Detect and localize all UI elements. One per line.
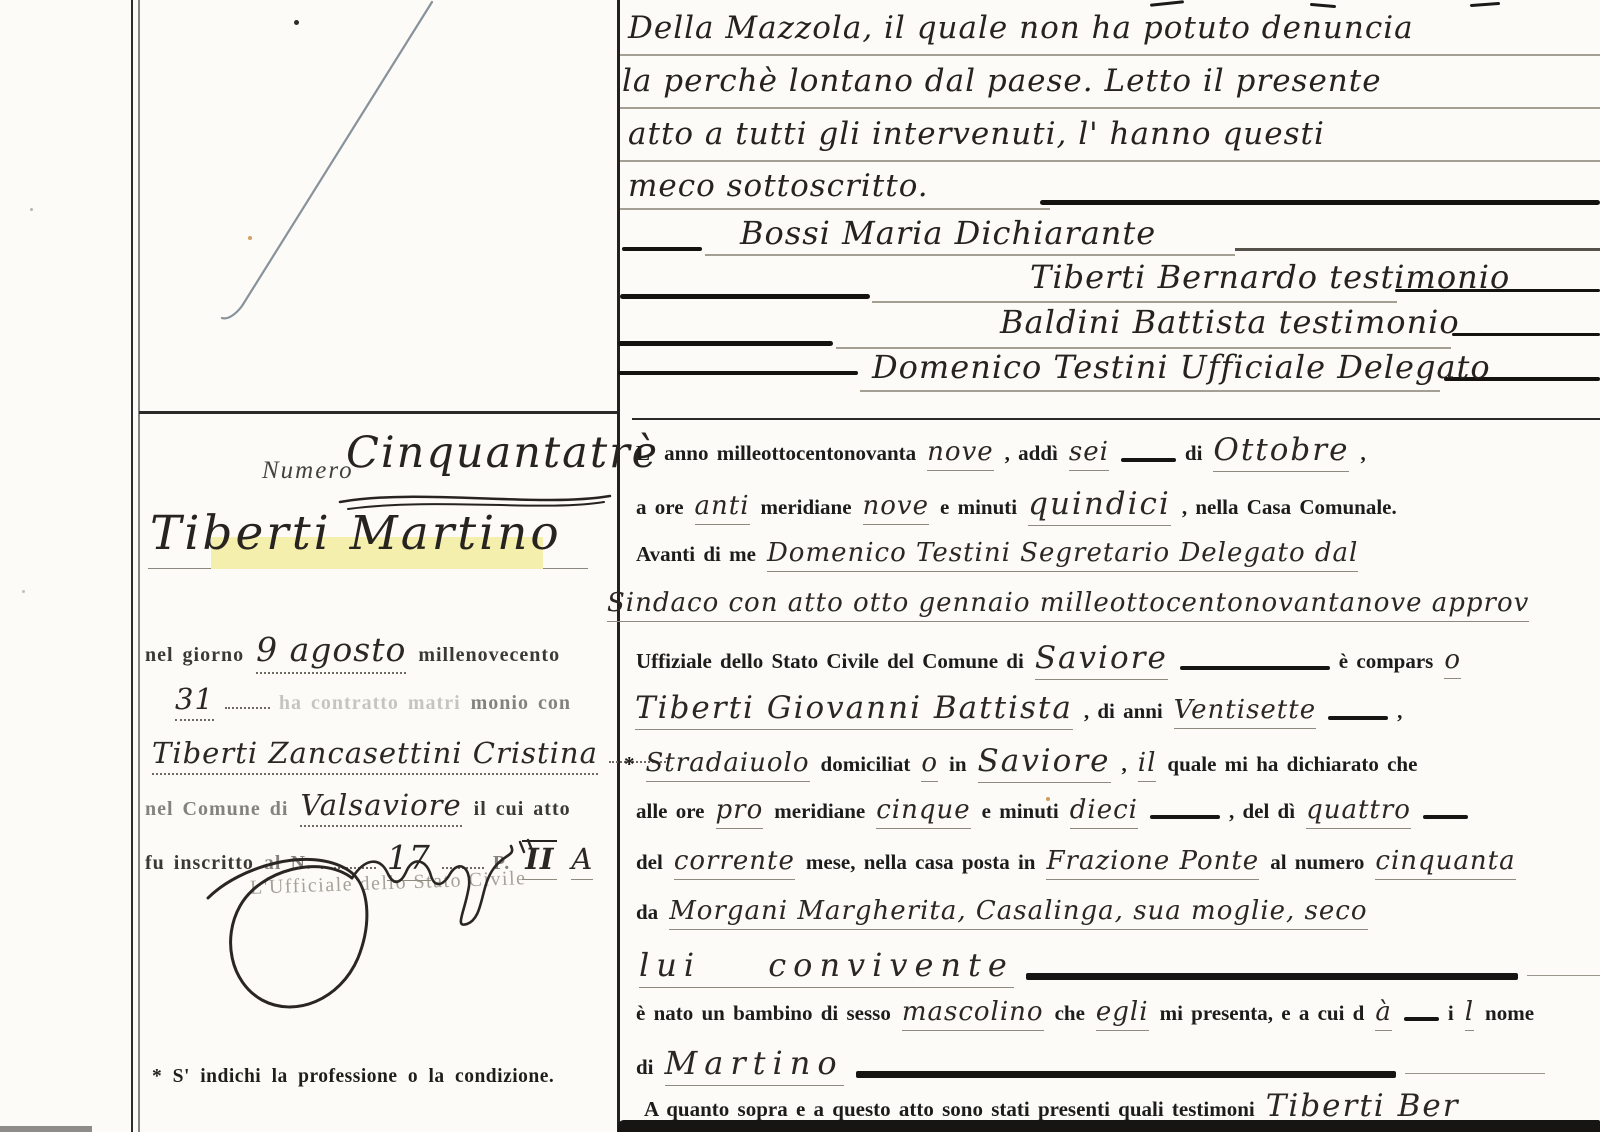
handwritten-entry: quattro xyxy=(1306,795,1411,829)
printed-form-text: Avanti di me xyxy=(636,542,756,567)
act-line-10: daMorgani Margherita, Casalinga, sua mog… xyxy=(632,896,1600,930)
printed-form-text: meridiane xyxy=(761,495,852,520)
act-line-11: lui convivente xyxy=(632,946,1600,988)
act-line-5: Uffiziale dello Stato Civile del Comune … xyxy=(632,640,1600,680)
ink-speck xyxy=(30,208,33,211)
printed-form-text: mese, nella casa posta in xyxy=(806,850,1036,875)
handwritten-entry: quindici xyxy=(1028,486,1171,526)
printed-form-text: , del dì xyxy=(1229,799,1295,824)
act-line-13: diMartino xyxy=(632,1044,1600,1086)
handwritten-entry: cinque xyxy=(876,795,970,829)
ruled-line xyxy=(620,54,1600,56)
prev-act-line: la perchè lontano dal paese. Letto il pr… xyxy=(622,63,1382,99)
pen-stroke xyxy=(1423,815,1468,819)
printed-form-text: domiciliat xyxy=(821,752,911,777)
pen-stroke xyxy=(1180,666,1330,670)
pen-stroke xyxy=(620,294,870,299)
act-line-7: *StradaiuolodomiciliatoinSaviore,ilquale… xyxy=(620,743,1595,783)
margin-note-comune: nel Comune diValsavioreil cui atto xyxy=(140,788,576,827)
pen-stroke xyxy=(618,341,833,346)
ruled-line xyxy=(860,390,1440,392)
diagonal-pencil-line xyxy=(130,0,630,340)
handwritten-entry: Saviore xyxy=(1035,640,1168,680)
printed-form-text: di xyxy=(1185,441,1203,466)
printed-form-text: il cui atto xyxy=(474,798,571,821)
ink-speck xyxy=(22,590,25,593)
scan-edge-band-left xyxy=(0,1126,92,1132)
ruled-line xyxy=(620,107,1600,109)
rule-line xyxy=(225,707,270,709)
printed-form-text: * xyxy=(624,752,635,777)
printed-form-text: monio con xyxy=(471,692,571,715)
handwritten-entry: nove xyxy=(927,437,993,471)
printed-form-text: è nato un bambino di sesso xyxy=(636,1001,891,1026)
act-line-1: L' anno milleottocentonovantanove, addìs… xyxy=(632,432,1600,472)
pen-stroke xyxy=(1452,333,1600,336)
handwritten-entry: il xyxy=(1138,748,1157,782)
cut-stroke xyxy=(1470,2,1500,7)
prev-act-line: Della Mazzola, il quale non ha potuto de… xyxy=(628,10,1414,46)
ruled-line xyxy=(1235,248,1600,251)
handwritten-entry: mascolino xyxy=(902,997,1044,1031)
printed-form-text: che xyxy=(1055,1001,1085,1026)
handwritten-entry: à xyxy=(1375,997,1392,1031)
pen-stroke xyxy=(618,371,858,375)
printed-form-text: L' anno milleottocentonovanta xyxy=(636,441,916,466)
handwritten-entry: Saviore xyxy=(978,743,1111,783)
pen-stroke xyxy=(1026,973,1518,980)
printed-form-text: , di anni xyxy=(1084,699,1163,724)
signature-declarant: Bossi Maria Dichiarante xyxy=(740,214,1156,252)
ruled-line xyxy=(620,160,1600,162)
act-line-12: è nato un bambino di sessomascolinocheeg… xyxy=(632,997,1600,1031)
margin-note-giorno: nel giorno9 agostomillenovecento xyxy=(140,630,565,674)
printed-form-text: nel Comune di xyxy=(145,798,288,821)
margin-note-sposa: Tiberti Zancasettini Cristina xyxy=(145,736,673,775)
handwritten-entry: 31 xyxy=(175,682,214,721)
pen-stroke xyxy=(622,247,702,251)
printed-form-text: da xyxy=(636,900,658,925)
printed-form-text: , nella Casa Comunale. xyxy=(1182,495,1397,520)
handwritten-entry: l xyxy=(1465,997,1474,1031)
handwritten-entry: pro xyxy=(716,795,764,829)
act-line-9: delcorrentemese, nella casa posta inFraz… xyxy=(632,846,1600,880)
numero-label: Numero xyxy=(262,457,354,485)
registered-name: Tiberti Martino xyxy=(150,506,562,561)
handwritten-entry: Ventisette xyxy=(1174,695,1316,729)
handwritten-entry: Frazione Ponte xyxy=(1046,846,1259,880)
rule-line xyxy=(1405,1073,1545,1074)
printed-form-text: meridiane xyxy=(774,799,865,824)
printed-form-text: a ore xyxy=(636,495,684,520)
printed-form-text: A quanto sopra e a questo atto sono stat… xyxy=(644,1097,1255,1122)
pen-stroke xyxy=(1404,1017,1439,1021)
handwritten-entry: Stradaiuolo xyxy=(646,748,810,782)
handwritten-entry: corrente xyxy=(674,846,795,880)
pen-stroke xyxy=(1150,815,1220,819)
handwritten-entry: A xyxy=(571,842,593,880)
printed-form-text: alle ore xyxy=(636,799,705,824)
printed-form-text: i xyxy=(1448,1001,1454,1026)
printed-form-text: in xyxy=(949,752,967,777)
act-top-rule xyxy=(632,418,1600,420)
pen-stroke xyxy=(1328,716,1388,720)
act-line-8: alle orepromeridianecinquee minutidieci,… xyxy=(632,795,1600,829)
signature-official: Domenico Testini Ufficiale Delegato xyxy=(872,348,1491,386)
signature-witness-1: Tiberti Bernardo testimonio xyxy=(1030,258,1510,296)
handwritten-entry: o xyxy=(921,748,938,782)
handwritten-entry: lui convivente xyxy=(639,946,1014,988)
ruled-line xyxy=(620,208,1050,210)
printed-form-text: del xyxy=(636,850,663,875)
act-line-4: Sindaco con atto otto gennaio milleottoc… xyxy=(600,588,1575,622)
handwritten-entry: Martino xyxy=(665,1044,844,1086)
form-footnote: * S' indichi la professione o la condizi… xyxy=(152,1066,554,1088)
handwritten-entry: Tiberti Zancasettini Cristina xyxy=(152,736,598,775)
scan-edge-band xyxy=(618,1120,1600,1132)
handwritten-entry: anti xyxy=(695,491,750,525)
printed-form-text: , xyxy=(1360,441,1365,466)
handwritten-entry: Ottobre xyxy=(1213,432,1349,472)
printed-form-text: millenovecento xyxy=(418,644,560,667)
ink-speck xyxy=(294,20,299,25)
handwritten-entry: Morgani Margherita, Casalinga, sua mogli… xyxy=(669,896,1367,930)
signature-witness-2: Baldini Battista testimonio xyxy=(1000,303,1460,341)
act-line-6: Tiberti Giovanni Battista, di anniVentis… xyxy=(628,690,1600,730)
handwritten-entry: o xyxy=(1444,645,1461,679)
prev-act-line: meco sottoscritto. xyxy=(628,168,929,204)
handwritten-entry: cinquanta xyxy=(1375,846,1515,880)
printed-form-text: mi presenta, e a cui d xyxy=(1160,1001,1365,1026)
pen-stroke xyxy=(1040,200,1600,205)
ink-speck xyxy=(248,236,252,240)
handwritten-entry: sei xyxy=(1069,437,1109,471)
printed-form-text: , xyxy=(1122,752,1127,777)
printed-form-text: al numero xyxy=(1270,850,1364,875)
signature-scrawl xyxy=(200,828,545,1028)
printed-form-text: , xyxy=(1397,699,1402,724)
printed-form-text: è compars xyxy=(1339,649,1434,674)
printed-form-text: e minuti xyxy=(982,799,1059,824)
act-line-2: a oreantimeridianenovee minutiquindici, … xyxy=(632,486,1600,526)
prev-act-line: atto a tutti gli intervenuti, l' hanno q… xyxy=(628,116,1325,152)
pen-stroke xyxy=(856,1071,1396,1078)
printed-form-text: quale mi ha dichiarato che xyxy=(1167,752,1417,777)
cut-stroke xyxy=(1310,3,1336,8)
printed-form-text: ha contratto matri xyxy=(279,692,461,715)
printed-form-text: e minuti xyxy=(940,495,1017,520)
scanned-birth-record-page: Della Mazzola, il quale non ha potuto de… xyxy=(0,0,1600,1132)
handwritten-entry: Domenico Testini Segretario Delegato dal xyxy=(767,538,1358,572)
handwritten-entry: egli xyxy=(1096,997,1149,1031)
printed-form-text: di xyxy=(636,1055,654,1080)
handwritten-entry: Tiberti Giovanni Battista xyxy=(635,690,1073,730)
rule-line xyxy=(1527,975,1600,976)
handwritten-entry: dieci xyxy=(1070,795,1138,829)
handwritten-entry: Sindaco con atto otto gennaio milleottoc… xyxy=(607,588,1529,622)
handwritten-entry: nove xyxy=(863,491,929,525)
printed-form-text: , addì xyxy=(1005,441,1058,466)
handwritten-entry: 9 agosto xyxy=(256,630,406,674)
handwritten-entry: Valsaviore xyxy=(300,788,461,827)
margin-note-anno: 31ha contratto matrimonio con xyxy=(168,682,576,721)
pen-stroke xyxy=(1121,458,1176,462)
ruled-line xyxy=(705,254,1235,256)
margin-section-divider xyxy=(139,411,617,414)
act-number-value: Cinquantatrè xyxy=(346,428,659,478)
printed-form-text: nel giorno xyxy=(145,644,244,667)
act-line-3: Avanti di meDomenico Testini Segretario … xyxy=(632,538,1600,572)
cut-stroke xyxy=(1150,0,1184,7)
printed-form-text: nome xyxy=(1485,1001,1534,1026)
printed-form-text: Uffiziale dello Stato Civile del Comune … xyxy=(636,649,1024,674)
